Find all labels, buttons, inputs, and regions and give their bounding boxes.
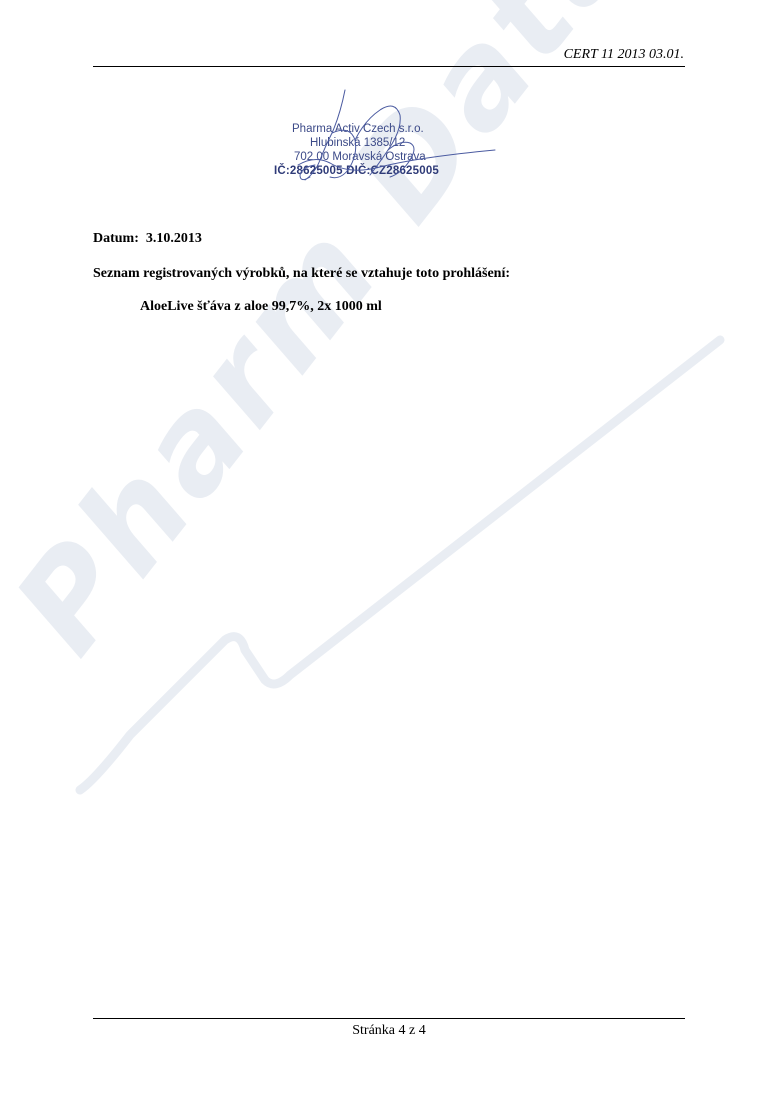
date-line: Datum: 3.10.2013 — [93, 231, 685, 249]
product-list-heading: Seznam registrovaných výrobků, na které … — [93, 266, 685, 284]
document-reference: CERT 11 2013 03.01. — [564, 47, 684, 63]
footer-divider — [93, 1018, 685, 1019]
signature-icon — [270, 85, 510, 195]
date-label: Datum: — [93, 231, 139, 246]
document-body: Datum: 3.10.2013 Seznam registrovaných v… — [93, 231, 685, 317]
product-item: AloeLive šťáva z aloe 99,7%, 2x 1000 ml — [140, 299, 685, 317]
header-divider — [93, 66, 685, 67]
company-stamp: Pharma Activ Czech s.r.o. Hlubinská 1385… — [270, 85, 510, 195]
page-number: Stránka 4 z 4 — [93, 1023, 685, 1039]
date-value: 3.10.2013 — [146, 231, 202, 246]
